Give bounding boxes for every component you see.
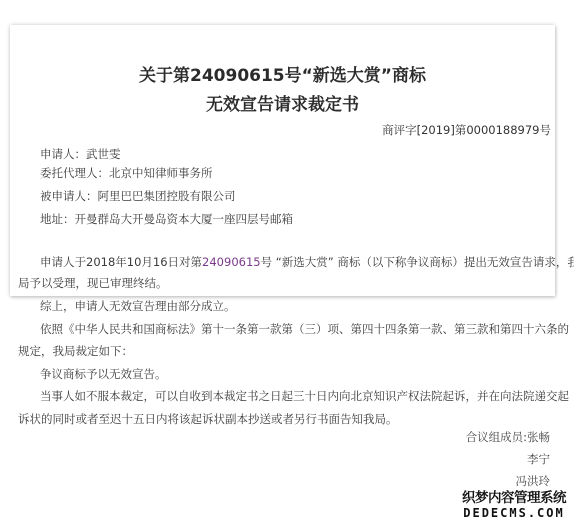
summary-paragraph: 综上，申请人无效宣告理由部分成立。 [40,298,236,314]
address-field: 地址：开曼群岛大开曼岛资本大厦一座四层号邮箱 [40,211,293,227]
document-title: 关于第24090615号“新选大赏”商标 [10,65,555,87]
watermark-chinese: 织梦内容管理系统 [458,490,570,506]
intro-text-part2: 号 “新选大赏” 商标（以下称争议商标）提出无效宣告请求，我 [261,255,574,269]
appeal-notice-line1: 当事人如不服本裁定，可以自收到本裁定书之日起三十日内向北京知识产权法院起诉，并在… [40,388,569,404]
intro-text-part1: 申请人于2018年10月16日对第 [40,255,202,269]
ruling-header-card: 关于第24090615号“新选大赏”商标 无效宣告请求裁定书 商评字[2019]… [10,25,555,296]
legal-basis-line1: 依照《中华人民共和国商标法》第十一条第一款第（三）项、第四十四条第一款、第三款和… [40,321,569,337]
applicant-field: 申请人：武世雯 [40,146,121,162]
panel-member-2: 李宁 [527,451,550,467]
panel-members-label: 合议组成员:张畅 [466,429,550,445]
intro-paragraph-line2: 局予以受理，现已审理终结。 [18,275,168,291]
panel-member-3: 冯洪玲 [516,473,551,489]
intro-paragraph-line1: 申请人于2018年10月16日对第24090615号 “新选大赏” 商标（以下称… [40,254,574,270]
legal-basis-line2: 规定，我局裁定如下： [18,343,133,359]
case-number: 商评字[2019]第0000188979号 [382,122,551,138]
appeal-notice-line2: 诉状的同时或者至迟十五日内将该起诉状副本抄送或者另行书面告知我局。 [18,411,398,427]
trademark-number-link[interactable]: 24090615 [202,255,261,269]
watermark: 织梦内容管理系统 DEDECMS.COM [458,490,570,520]
watermark-english: DEDECMS.COM [458,506,570,520]
respondent-field: 被申请人：阿里巴巴集团控股有限公司 [40,188,236,204]
agent-field: 委托代理人：北京中知律师事务所 [40,165,213,181]
ruling-paragraph: 争议商标予以无效宣告。 [40,366,167,382]
document-subtitle: 无效宣告请求裁定书 [10,94,555,116]
